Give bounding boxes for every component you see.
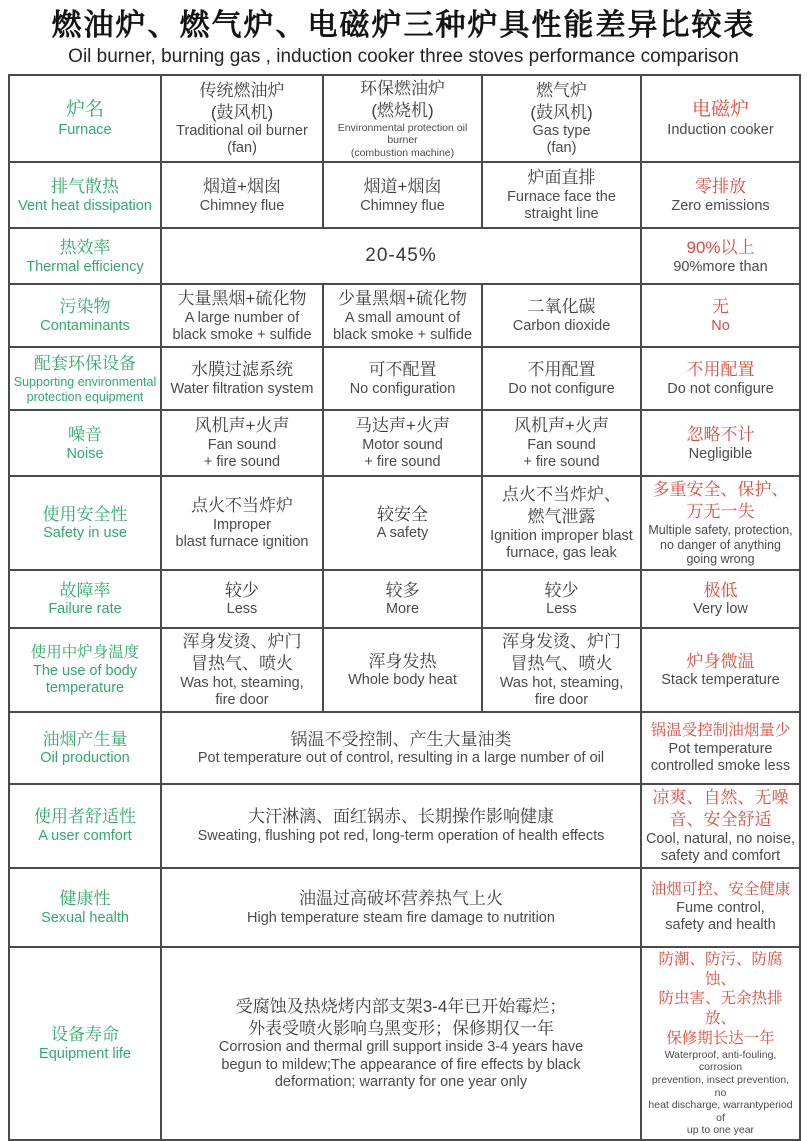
cell-gas-vent: 炉面直排 Furnace face the straight line [482,162,641,228]
cell-induction-safety: 多重安全、保护、 万无一失 Multiple safety, protectio… [641,476,800,570]
cell-gas-env-equipment: 不用配置 Do not configure [482,347,641,410]
row-label-env-equipment: 配套环保设备 Supporting environmental protecti… [9,347,161,410]
cell-eco-noise: 马达声+火声 Motor sound + fire sound [323,410,482,476]
cell-zh: 较少 [486,580,637,602]
row-label-zh: 设备寿命 [13,1024,157,1046]
cell-en: Less [165,601,319,618]
row-label-zh: 配套环保设备 [13,353,157,375]
row-label-en: Furnace [13,122,157,139]
cell-induction-failure: 极低 Very low [641,570,800,628]
row-label-noise: 噪音 Noise [9,410,161,476]
cell-zh: 浑身发烫、炉门 冒热气、喷火 [486,631,637,675]
cell-traditional-failure: 较少 Less [161,570,323,628]
cell-en: Fan sound + fire sound [165,437,319,471]
cell-merged-user-comfort: 大汗淋漓、面红锅赤、长期操作影响健康 Sweating, flushing po… [161,784,641,868]
cell-gas-contaminants: 二氧化碳 Carbon dioxide [482,284,641,347]
table-row-equipment-life: 设备寿命 Equipment life 受腐蚀及热烧烤内部支架3-4年已开始霉烂… [9,947,800,1140]
cell-induction-equipment-life: 防潮、防污、防腐蚀、 防虫害、无余热排放、 保修期长达一年 Waterproof… [641,947,800,1140]
row-label-zh: 噪音 [13,424,157,446]
cell-zh: 受腐蚀及热烧烤内部支架3-4年已开始霉烂； 外表受喷火影响乌黑变形；保修期仅一年 [165,996,637,1040]
cell-zh: 燃气炉 (鼓风机) [486,80,637,124]
cell-en: Chimney flue [327,198,478,215]
cell-traditional-contaminants: 大量黑烟+硫化物 A large number of black smoke +… [161,284,323,347]
row-label-en: A user comfort [13,828,157,845]
cell-eco-vent: 烟道+烟囱 Chimney flue [323,162,482,228]
cell-merged-equipment-life: 受腐蚀及热烧烤内部支架3-4年已开始霉烂； 外表受喷火影响乌黑变形；保修期仅一年… [161,947,641,1140]
cell-induction-thermal-efficiency: 90%以上 90%more than [641,228,800,284]
cell-en: Carbon dioxide [486,318,637,335]
cell-zh: 浑身发热 [327,651,478,673]
cell-traditional-env-equipment: 水膜过滤系统 Water filtration system [161,347,323,410]
row-label-en: Oil production [13,750,157,767]
row-label-zh: 故障率 [13,580,157,602]
cell-merged-health: 油温过高破坏营养热气上火 High temperature steam fire… [161,868,641,947]
row-label-oil-production: 油烟产生量 Oil production [9,712,161,784]
table-row-health: 健康性 Sexual health 油温过高破坏营养热气上火 High temp… [9,868,800,947]
row-label-zh: 使用安全性 [13,504,157,526]
cell-en: Gas type (fan) [486,123,637,157]
cell-gas-failure: 较少 Less [482,570,641,628]
cell-en: Improper blast furnace ignition [165,517,319,551]
row-label-contaminants: 污染物 Contaminants [9,284,161,347]
cell-zh: 锅温受控制油烟量少 [645,721,796,741]
cell-induction-contaminants: 无 No [641,284,800,347]
cell-en: Furnace face the straight line [486,189,637,223]
row-label-en: Equipment life [13,1046,157,1063]
cell-zh: 点火不当炸炉 [165,495,319,517]
cell-en: Sweating, flushing pot red, long-term op… [165,828,637,845]
cell-en: A large number of black smoke + sulfide [165,310,319,344]
cell-en: A small amount of black smoke + sulfide [327,310,478,344]
row-label-thermal-efficiency: 热效率 Thermal efficiency [9,228,161,284]
cell-en: Chimney flue [165,198,319,215]
table-row-furnace-name: 炉名 Furnace 传统燃油炉 (鼓风机) Traditional oil b… [9,75,800,162]
cell-zh: 较少 [165,580,319,602]
cell-gas-noise: 风机声+火声 Fan sound + fire sound [482,410,641,476]
cell-zh: 二氧化碳 [486,296,637,318]
row-label-en: Failure rate [13,601,157,618]
cell-merged-thermal-efficiency: 20-45% [161,228,641,284]
row-label-en: Vent heat dissipation [13,198,157,215]
cell-merged-oil-production: 锅温不受控制、产生大量油类 Pot temperature out of con… [161,712,641,784]
cell-en: Fan sound + fire sound [486,437,637,471]
cell-induction-oil-production: 锅温受控制油烟量少 Pot temperature controlled smo… [641,712,800,784]
cell-induction-name: 电磁炉 Induction cooker [641,75,800,162]
cell-zh: 90%以上 [645,237,796,259]
table-row-env-equipment: 配套环保设备 Supporting environmental protecti… [9,347,800,410]
table-row-thermal-efficiency: 热效率 Thermal efficiency 20-45% 90%以上 90%m… [9,228,800,284]
row-label-en: Supporting environmental protection equi… [13,375,157,405]
cell-en: Corrosion and thermal grill support insi… [165,1039,637,1090]
cell-eco-failure: 较多 More [323,570,482,628]
cell-zh: 较多 [327,580,478,602]
cell-en: Induction cooker [645,122,796,139]
cell-en: A safety [327,525,478,542]
cell-zh: 风机声+火声 [486,415,637,437]
cell-gas-body-temp: 浑身发烫、炉门 冒热气、喷火 Was hot, steaming, fire d… [482,628,641,712]
cell-zh: 忽略不计 [645,424,796,446]
cell-en: Stack temperature [645,672,796,689]
cell-en: Do not configure [645,381,796,398]
row-label-zh: 热效率 [13,237,157,259]
cell-en: Pot temperature out of control, resultin… [165,750,637,767]
row-label-vent-heat: 排气散热 Vent heat dissipation [9,162,161,228]
row-label-en: Safety in use [13,525,157,542]
cell-en: Whole body heat [327,672,478,689]
row-label-zh: 排气散热 [13,176,157,198]
table-row-oil-production: 油烟产生量 Oil production 锅温不受控制、产生大量油类 Pot t… [9,712,800,784]
cell-zh: 传统燃油炉 (鼓风机) [165,80,319,124]
table-row-safety: 使用安全性 Safety in use 点火不当炸炉 Improper blas… [9,476,800,570]
cell-zh: 电磁炉 [645,98,796,122]
row-label-en: Contaminants [13,318,157,335]
cell-traditional-burner-name: 传统燃油炉 (鼓风机) Traditional oil burner (fan) [161,75,323,162]
cell-traditional-noise: 风机声+火声 Fan sound + fire sound [161,410,323,476]
row-label-safety: 使用安全性 Safety in use [9,476,161,570]
cell-en: 90%more than [645,259,796,276]
cell-zh: 可不配置 [327,359,478,381]
cell-eco-body-temp: 浑身发热 Whole body heat [323,628,482,712]
cell-induction-body-temp: 炉身微温 Stack temperature [641,628,800,712]
cell-zh: 凉爽、自然、无噪 音、安全舒适 [645,787,796,831]
page-subtitle: Oil burner, burning gas , induction cook… [0,45,807,69]
cell-en: Multiple safety, protection, no danger o… [645,523,796,567]
cell-zh: 油烟可控、安全健康 [645,880,796,900]
cell-en: Zero emissions [645,198,796,215]
row-label-user-comfort: 使用者舒适性 A user comfort [9,784,161,868]
table-row-vent-heat: 排气散热 Vent heat dissipation 烟道+烟囱 Chimney… [9,162,800,228]
cell-en: Less [486,601,637,618]
cell-zh: 点火不当炸炉、 燃气泄露 [486,484,637,528]
cell-induction-noise: 忽略不计 Negligible [641,410,800,476]
row-label-en: Sexual health [13,910,157,927]
row-label-en: Thermal efficiency [13,259,157,276]
cell-en: Do not configure [486,381,637,398]
cell-en: Waterproof, anti-fouling, corrosion prev… [645,1049,796,1137]
cell-zh: 无 [645,296,796,318]
cell-induction-user-comfort: 凉爽、自然、无噪 音、安全舒适 Cool, natural, no noise,… [641,784,800,868]
cell-zh: 大汗淋漓、面红锅赤、长期操作影响健康 [165,806,637,828]
cell-value: 20-45% [165,244,637,268]
cell-eco-burner-name: 环保燃油炉 (燃烧机) Environmental protection oil… [323,75,482,162]
table-row-failure-rate: 故障率 Failure rate 较少 Less 较多 More 较少 Less… [9,570,800,628]
cell-induction-health: 油烟可控、安全健康 Fume control, safety and healt… [641,868,800,947]
row-label-zh: 炉名 [13,98,157,122]
cell-traditional-body-temp: 浑身发烫、炉门 冒热气、喷火 Was hot, steaming, fire d… [161,628,323,712]
cell-en: Traditional oil burner (fan) [165,123,319,157]
row-label-equipment-life: 设备寿命 Equipment life [9,947,161,1140]
cell-en: No [645,318,796,335]
row-label-zh: 油烟产生量 [13,729,157,751]
cell-zh: 烟道+烟囱 [165,176,319,198]
row-label-en: Noise [13,446,157,463]
cell-en: Ignition improper blast furnace, gas lea… [486,528,637,562]
cell-zh: 环保燃油炉 (燃烧机) [327,78,478,122]
cell-zh: 少量黑烟+硫化物 [327,288,478,310]
cell-zh: 较安全 [327,504,478,526]
table-row-contaminants: 污染物 Contaminants 大量黑烟+硫化物 A large number… [9,284,800,347]
cell-en: Cool, natural, no noise, safety and comf… [645,831,796,865]
row-label-en: The use of body temperature [13,663,157,697]
cell-zh: 锅温不受控制、产生大量油类 [165,729,637,751]
row-label-zh: 使用中炉身温度 [13,643,157,663]
page-title: 燃油炉、燃气炉、电磁炉三种炉具性能差异比较表 [0,8,807,44]
row-label-zh: 使用者舒适性 [13,806,157,828]
table-row-body-temperature: 使用中炉身温度 The use of body temperature 浑身发烫… [9,628,800,712]
cell-zh: 不用配置 [486,359,637,381]
cell-en: No configuration [327,381,478,398]
cell-en: Motor sound + fire sound [327,437,478,471]
cell-en: Very low [645,601,796,618]
row-label-zh: 健康性 [13,888,157,910]
cell-zh: 炉身微温 [645,651,796,673]
cell-eco-safety: 较安全 A safety [323,476,482,570]
cell-gas-safety: 点火不当炸炉、 燃气泄露 Ignition improper blast fur… [482,476,641,570]
cell-gas-burner-name: 燃气炉 (鼓风机) Gas type (fan) [482,75,641,162]
cell-induction-vent: 零排放 Zero emissions [641,162,800,228]
row-label-body-temperature: 使用中炉身温度 The use of body temperature [9,628,161,712]
table-row-user-comfort: 使用者舒适性 A user comfort 大汗淋漓、面红锅赤、长期操作影响健康… [9,784,800,868]
cell-en: Was hot, steaming, fire door [486,675,637,709]
cell-zh: 风机声+火声 [165,415,319,437]
cell-en: Environmental protection oil burner (com… [327,122,478,160]
table-row-noise: 噪音 Noise 风机声+火声 Fan sound + fire sound 马… [9,410,800,476]
row-label-furnace-name: 炉名 Furnace [9,75,161,162]
cell-zh: 多重安全、保护、 万无一失 [645,479,796,523]
cell-traditional-vent: 烟道+烟囱 Chimney flue [161,162,323,228]
cell-zh: 零排放 [645,176,796,198]
row-label-zh: 污染物 [13,296,157,318]
cell-zh: 不用配置 [645,359,796,381]
cell-zh: 大量黑烟+硫化物 [165,288,319,310]
cell-en: More [327,601,478,618]
cell-induction-env-equipment: 不用配置 Do not configure [641,347,800,410]
cell-eco-env-equipment: 可不配置 No configuration [323,347,482,410]
cell-zh: 浑身发烫、炉门 冒热气、喷火 [165,631,319,675]
row-label-failure-rate: 故障率 Failure rate [9,570,161,628]
cell-zh: 水膜过滤系统 [165,359,319,381]
comparison-table: 炉名 Furnace 传统燃油炉 (鼓风机) Traditional oil b… [8,74,801,1141]
cell-en: Pot temperature controlled smoke less [645,741,796,775]
row-label-health: 健康性 Sexual health [9,868,161,947]
cell-en: Fume control, safety and health [645,900,796,934]
cell-en: Was hot, steaming, fire door [165,675,319,709]
cell-en: High temperature steam fire damage to nu… [165,910,637,927]
cell-zh: 油温过高破坏营养热气上火 [165,888,637,910]
cell-eco-contaminants: 少量黑烟+硫化物 A small amount of black smoke +… [323,284,482,347]
cell-en: Negligible [645,446,796,463]
page-header: 燃油炉、燃气炉、电磁炉三种炉具性能差异比较表 Oil burner, burni… [0,0,807,69]
cell-en: Water filtration system [165,381,319,398]
cell-zh: 炉面直排 [486,167,637,189]
cell-zh: 防潮、防污、防腐蚀、 防虫害、无余热排放、 保修期长达一年 [645,950,796,1049]
cell-traditional-safety: 点火不当炸炉 Improper blast furnace ignition [161,476,323,570]
cell-zh: 马达声+火声 [327,415,478,437]
cell-zh: 极低 [645,580,796,602]
cell-zh: 烟道+烟囱 [327,176,478,198]
